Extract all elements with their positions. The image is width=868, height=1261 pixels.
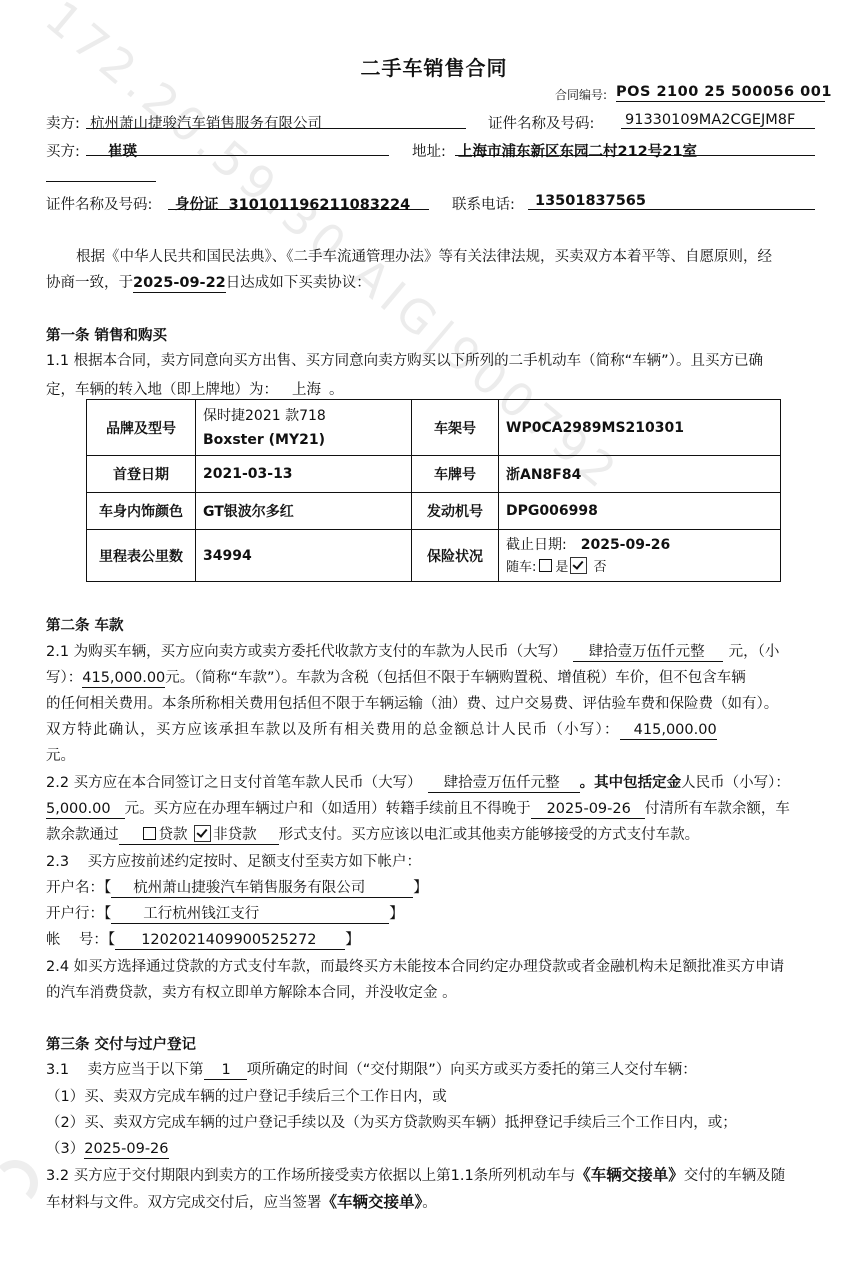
vehicle-info-table: 品牌及型号 保时捷2021 款718Boxster (MY21) 车架号 WP0… [86, 399, 781, 582]
buyer-label: 买方: [46, 140, 80, 161]
contract-no-label: 合同编号: [555, 86, 607, 103]
account-name: 杭州萧山捷骏汽车销售服务有限公司 [111, 880, 413, 898]
underline [528, 209, 815, 210]
buyer-phone-label: 联系电话: [452, 193, 515, 214]
article1-p1-line2: 定，车辆的转入地（即上牌地）为：上海。 [46, 378, 344, 400]
article1-heading: 第一条 销售和购买 [46, 324, 167, 345]
seller-label: 卖方: [46, 112, 80, 133]
handover-doc-ref: 《车辆交接单》 [575, 1166, 684, 1184]
total-lower: 415,000.00 [620, 722, 717, 740]
article2-p21-line1: 2.1 为购买车辆，买方应向卖方或卖方委托代收款方支付的车款为人民币（大写）肆拾… [46, 640, 779, 662]
preamble-line1: 根据《中华人民共和国民法典》、《二手车流通管理办法》等有关法律法规，买卖双方本着… [76, 245, 772, 266]
article2-p21-line2: 写）：415,000.00元。（简称“车款”）。车款为含税（包括但不限于车辆购置… [46, 666, 746, 688]
underline [616, 101, 825, 102]
underline [86, 155, 389, 156]
first-payment-upper: 肆拾壹万伍仟元整 [428, 775, 580, 793]
price-lower: 415,000.00 [82, 670, 165, 688]
account-no-row: 帐 号：【1202021409900525272】 [46, 928, 360, 950]
deposit-lower: 5,000.00 [46, 801, 125, 819]
delivery-option-1: （1）买、卖双方完成车辆的过户登记手续后三个工作日内，或 [46, 1085, 447, 1106]
delivery-option-2: （2）买、卖双方完成车辆的过户登记手续以及（为买方贷款购买车辆）抵押登记手续后三… [46, 1111, 737, 1132]
insurance-label: 保险状况 [412, 530, 499, 582]
plate-label: 车牌号 [412, 456, 499, 493]
underline [168, 209, 429, 210]
contract-no-value: POS 2100 25 500056 001 [616, 84, 832, 100]
underline [621, 128, 815, 129]
mileage-label: 里程表公里数 [87, 530, 196, 582]
vin-value: WP0CA2989MS210301 [499, 400, 781, 456]
seller-id-value: 91330109MA2CGEJM8F [625, 112, 795, 128]
mileage-value: 34994 [196, 530, 412, 582]
non-loan-checkbox-checked[interactable] [194, 825, 211, 842]
account-name-row: 开户名：【杭州萧山捷骏汽车销售服务有限公司】 [46, 876, 428, 898]
article2-p21-line5: 元。 [46, 744, 75, 765]
balance-date: 2025-09-26 [531, 801, 645, 819]
underline [46, 181, 156, 182]
handover-doc-ref: 《车辆交接单》 [322, 1193, 423, 1211]
engine-value: DPG006998 [499, 493, 781, 530]
preamble-line2: 协商一致，于2025-09-22日达成如下买卖协议： [46, 271, 371, 293]
bank-row: 开户行：【工行杭州钱江支行】 [46, 902, 404, 924]
delivery-option-3: （3）2025-09-26 [46, 1137, 169, 1159]
seller-name: 杭州萧山捷骏汽车销售服务有限公司 [90, 112, 322, 133]
article3-p31: 3.1 卖方应当于以下第1项所确定的时间（“交付期限”）向买方或买方委托的第三人… [46, 1058, 697, 1080]
price-upper: 肆拾壹万伍仟元整 [573, 644, 723, 662]
color-value: GT银波尔多红 [196, 493, 412, 530]
article2-p22-line3: 款余款通过贷款 非贷款形式支付。买方应该以电汇或其他卖方能够接受的方式支付车款。 [46, 823, 699, 845]
article2-p21-line3: 的任何相关费用。本条所称相关费用包括但不限于车辆运输（油）费、过户交易费、评估验… [46, 692, 778, 713]
underline [455, 155, 815, 156]
page-title: 二手车销售合同 [0, 52, 868, 81]
seller-id-label: 证件名称及号码: [488, 112, 594, 133]
buyer-address: 上海市浦东新区东园二村212号21室 [458, 140, 697, 161]
buyer-id-label: 证件名称及号码: [46, 193, 152, 214]
watermark-fragment [0, 1160, 38, 1206]
no-checkbox-checked[interactable] [570, 557, 587, 574]
article2-p24-line1: 2.4 如买方选择通过贷款的方式支付车款，而最终买方未能按本合同约定办理贷款或者… [46, 955, 784, 976]
article2-p22-line2: 5,000.00元。买方应在办理车辆过户和（如适用）转籍手续前且不得晚于2025… [46, 797, 790, 819]
reg-date-value: 2021-03-13 [196, 456, 412, 493]
reg-date-label: 首登日期 [87, 456, 196, 493]
plate-value: 浙AN8F84 [499, 456, 781, 493]
buyer-id-value: 身份证 310101196211083224 [175, 193, 410, 214]
article2-p22-line1: 2.2 买方应在本合同签订之日支付首笔车款人民币（大写）肆拾壹万伍仟元整。其中包… [46, 771, 790, 793]
article3-heading: 第三条 交付与过户登记 [46, 1033, 196, 1054]
buyer-phone: 13501837565 [535, 193, 646, 209]
buyer-name: 崔瑛 [108, 140, 137, 161]
underline [86, 128, 466, 129]
agreement-date: 2025-09-22 [133, 275, 226, 293]
article2-p21-line4: 双方特此确认，买方应该承担车款以及所有相关费用的总金额总计人民币（小写）：415… [46, 718, 717, 740]
insurance-value: 截止日期:2025-09-26 随车:是 否 [499, 530, 781, 582]
account-no: 1202021409900525272 [115, 932, 345, 950]
article2-p24-line2: 的汽车消费贷款，卖方有权立即单方解除本合同，并没收定金 。 [46, 981, 457, 1002]
article3-p32-line2: 车材料与文件。双方完成交付后，应当签署《车辆交接单》。 [46, 1190, 437, 1212]
vin-label: 车架号 [412, 400, 499, 456]
buyer-address-label: 地址: [412, 140, 446, 161]
brand-value: 保时捷2021 款718Boxster (MY21) [196, 400, 412, 456]
bank-name: 工行杭州钱江支行 [111, 906, 389, 924]
article2-heading: 第二条 车款 [46, 614, 124, 635]
insurance-expiry: 2025-09-26 [581, 537, 671, 553]
article1-p1-line1: 1.1 根据本合同，卖方同意向买方出售、买方同意向卖方购买以下所列的二手机动车（… [46, 349, 763, 370]
delivery-item-no: 1 [204, 1062, 247, 1080]
brand-label: 品牌及型号 [87, 400, 196, 456]
loan-checkbox[interactable] [143, 827, 156, 840]
color-label: 车身内饰颜色 [87, 493, 196, 530]
article3-p32-line1: 3.2 买方应于交付期限内到卖方的工作场所接受卖方依据以上第1.1条所列机动车与… [46, 1163, 785, 1185]
engine-label: 发动机号 [412, 493, 499, 530]
yes-checkbox[interactable] [539, 559, 552, 572]
delivery-date: 2025-09-26 [84, 1141, 168, 1159]
article2-p23: 2.3 买方应按前述约定按时、足额支付至卖方如下帐户： [46, 850, 421, 871]
transfer-place: 上海 [278, 382, 329, 400]
